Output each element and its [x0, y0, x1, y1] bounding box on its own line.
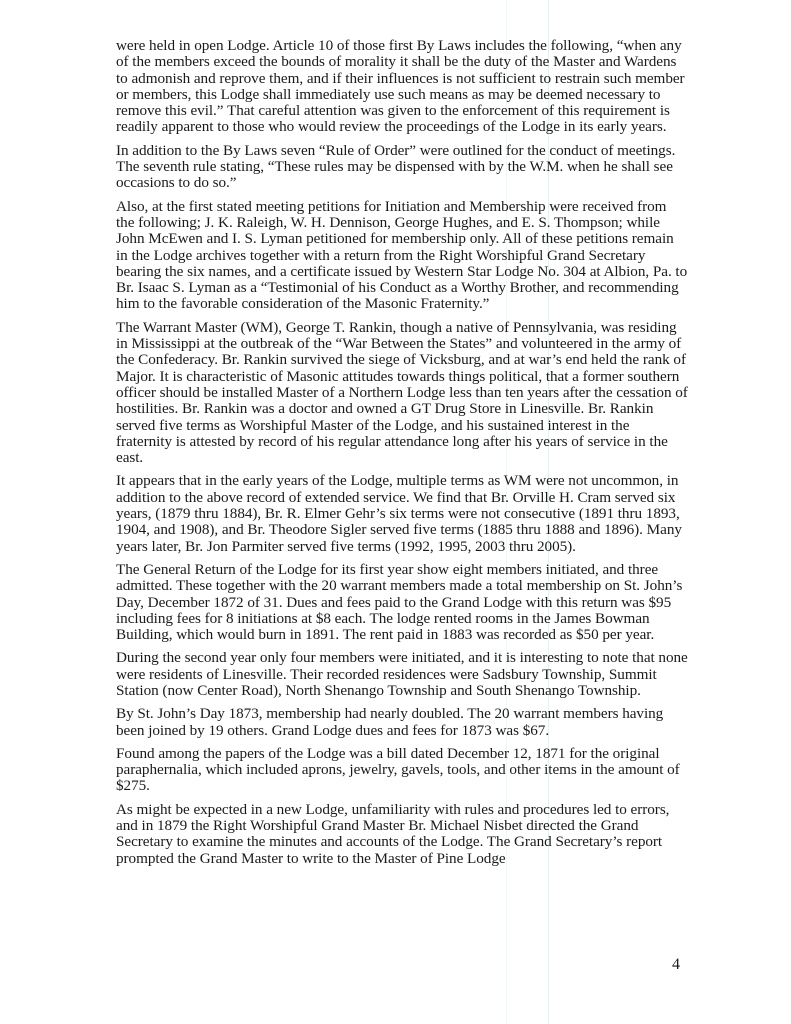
page-number: 4	[672, 956, 680, 974]
paragraph-multiple-terms: It appears that in the early years of th…	[116, 473, 688, 554]
paragraph-bylaws-article-10: were held in open Lodge. Article 10 of t…	[116, 38, 688, 136]
paragraph-membership-1873: By St. John’s Day 1873, membership had n…	[116, 706, 688, 739]
document-body: were held in open Lodge. Article 10 of t…	[116, 38, 688, 874]
paragraph-rules-of-order: In addition to the By Laws seven “Rule o…	[116, 143, 688, 192]
paragraph-first-petitions: Also, at the first stated meeting petiti…	[116, 199, 688, 313]
paragraph-paraphernalia-bill: Found among the papers of the Lodge was …	[116, 746, 688, 795]
paragraph-general-return: The General Return of the Lodge for its …	[116, 562, 688, 643]
paragraph-second-year: During the second year only four members…	[116, 650, 688, 699]
paragraph-grand-secretary-review: As might be expected in a new Lodge, unf…	[116, 802, 688, 867]
paragraph-warrant-master: The Warrant Master (WM), George T. Ranki…	[116, 320, 688, 467]
